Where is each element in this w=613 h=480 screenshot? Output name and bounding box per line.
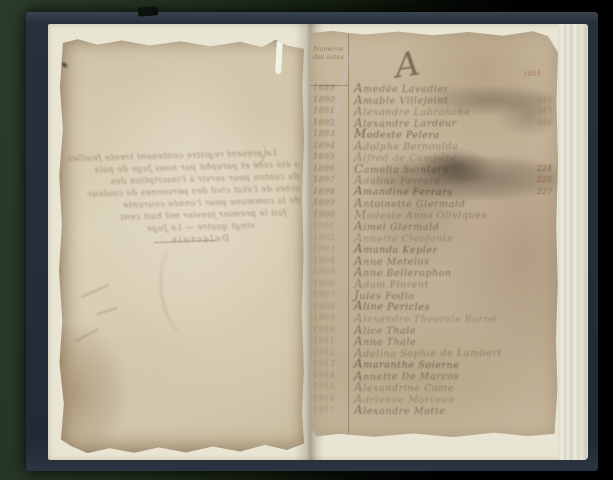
act-number: 1894: [313, 141, 346, 150]
act-number: 1907: [313, 290, 346, 299]
act-number: 1892: [313, 118, 346, 127]
act-number: 1908: [313, 302, 346, 311]
act-number: 1916: [313, 394, 346, 403]
act-number: 1889: [313, 83, 346, 92]
corner-note: 1884: [523, 69, 541, 78]
fore-edge-pages: [558, 24, 588, 460]
act-number: 1893: [313, 129, 346, 138]
right-page-index-sheet: Numéros des actes A 1884 1889 Amedée Lav…: [309, 30, 558, 438]
act-number: 1903: [313, 244, 346, 253]
act-number: 1900: [313, 210, 346, 219]
act-number: 1917: [313, 405, 346, 414]
act-number: 1902: [313, 233, 346, 242]
tear-mark: [275, 40, 283, 74]
act-number: 1905: [313, 267, 346, 276]
act-number: 1896: [313, 164, 346, 173]
act-number-column-header: Numéros des actes: [310, 45, 347, 61]
signature-flourish: [151, 240, 221, 341]
act-number: 1897: [313, 175, 346, 184]
act-number: 1901: [313, 221, 346, 230]
act-number: 1895: [313, 152, 346, 161]
faint-scratch: [96, 307, 117, 315]
register-row: 1917 Alexandre Motte: [309, 404, 558, 416]
left-page: Le présent registre contenant trente feu…: [58, 38, 304, 454]
act-number: 1891: [313, 106, 346, 115]
act-number: 1912: [313, 348, 346, 357]
section-letter-a: A: [393, 46, 422, 83]
act-number: 1914: [313, 371, 346, 380]
ink-smudge: [419, 148, 491, 186]
act-number: 1911: [313, 336, 346, 345]
act-number: 1910: [313, 325, 346, 334]
header-line-1: Numéros: [310, 45, 347, 53]
act-number: 1915: [313, 382, 346, 391]
header-line-2: des actes: [310, 53, 347, 61]
act-number: 1909: [313, 313, 346, 322]
act-number: 1904: [313, 256, 346, 265]
scanned-register-page: Le présent registre contenant trente feu…: [0, 0, 613, 480]
act-number: 1913: [313, 359, 346, 368]
bleedthrough-text: Le présent registre contenant trente feu…: [67, 147, 302, 249]
act-number: 1890: [313, 95, 346, 104]
act-number: 1906: [313, 279, 346, 288]
person-name: Alexandre Motte: [346, 403, 522, 417]
ink-smudge: [499, 94, 559, 136]
act-number: 1898: [313, 187, 346, 196]
faint-scratch: [81, 284, 109, 298]
cover-nick-mark: [138, 6, 159, 16]
act-number: 1899: [313, 198, 346, 207]
